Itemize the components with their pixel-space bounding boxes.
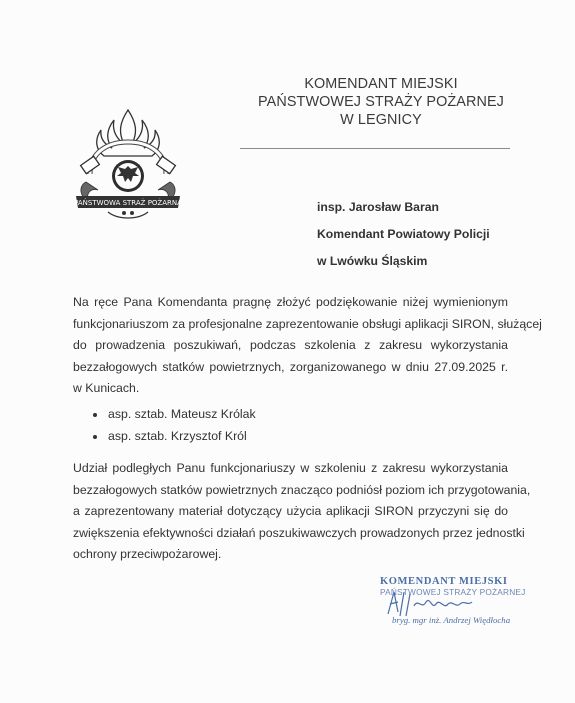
officer-list: asp. sztab. Mateusz Królak asp. sztab. K… (91, 404, 256, 447)
officer-list-item: asp. sztab. Krzysztof Król (91, 426, 256, 448)
paragraph-line: bezzałogowych statków powietrznych, zorg… (73, 357, 508, 379)
paragraph-line: bezzałogowych statków powietrznych znacz… (73, 480, 508, 502)
paragraph-line: funkcjonariuszom za profesjonalne zaprez… (73, 314, 508, 336)
letterhead-line-2: PAŃSTWOWEJ STRAŻY POŻARNEJ (236, 93, 526, 111)
emblem-banner-text: PAŃSTWOWA STRAŻ POŻARNA (74, 198, 182, 207)
paragraph-line: w Kunicach. (73, 378, 508, 400)
paragraph-line: do prowadzenia poszukiwań, podczas szkol… (73, 335, 508, 357)
letterhead-line-1: KOMENDANT MIEJSKI (236, 75, 526, 93)
paragraph-line: a zaprezentowany materiał dotyczący użyc… (73, 501, 508, 523)
paragraph-line: zwiększenia efektywności działań poszuki… (73, 523, 508, 545)
addressee-block: insp. Jarosław Baran Komendant Powiatowy… (317, 199, 490, 280)
letterhead: KOMENDANT MIEJSKI PAŃSTWOWEJ STRAŻY POŻA… (236, 75, 526, 129)
paragraph-line: Na ręce Pana Komendanta pragnę złożyć po… (73, 292, 508, 314)
signatory-name: bryg. mgr inż. Andrzej Więdłocha (392, 615, 510, 625)
stamp-title: KOMENDANT MIEJSKI (380, 576, 540, 587)
paragraph-line: ochrony przeciwpożarowej. (73, 544, 508, 566)
addressee-title: Komendant Powiatowy Policji (317, 226, 490, 253)
addressee-name: insp. Jarosław Baran (317, 199, 490, 226)
handwritten-signature-icon (384, 588, 484, 618)
letterhead-line-3: W LEGNICY (236, 111, 526, 129)
paragraph-impact: Udział podległych Panu funkcjonariuszy w… (73, 458, 508, 566)
paragraph-thanks: Na ręce Pana Komendanta pragnę złożyć po… (73, 292, 508, 400)
addressee-location: w Lwówku Śląskim (317, 253, 490, 280)
paragraph-line: Udział podległych Panu funkcjonariuszy w… (73, 458, 508, 480)
fire-service-emblem-icon: PAŃSTWOWA STRAŻ POŻARNA (68, 100, 188, 220)
officer-list-item: asp. sztab. Mateusz Królak (91, 404, 256, 426)
letterhead-divider (240, 148, 510, 149)
